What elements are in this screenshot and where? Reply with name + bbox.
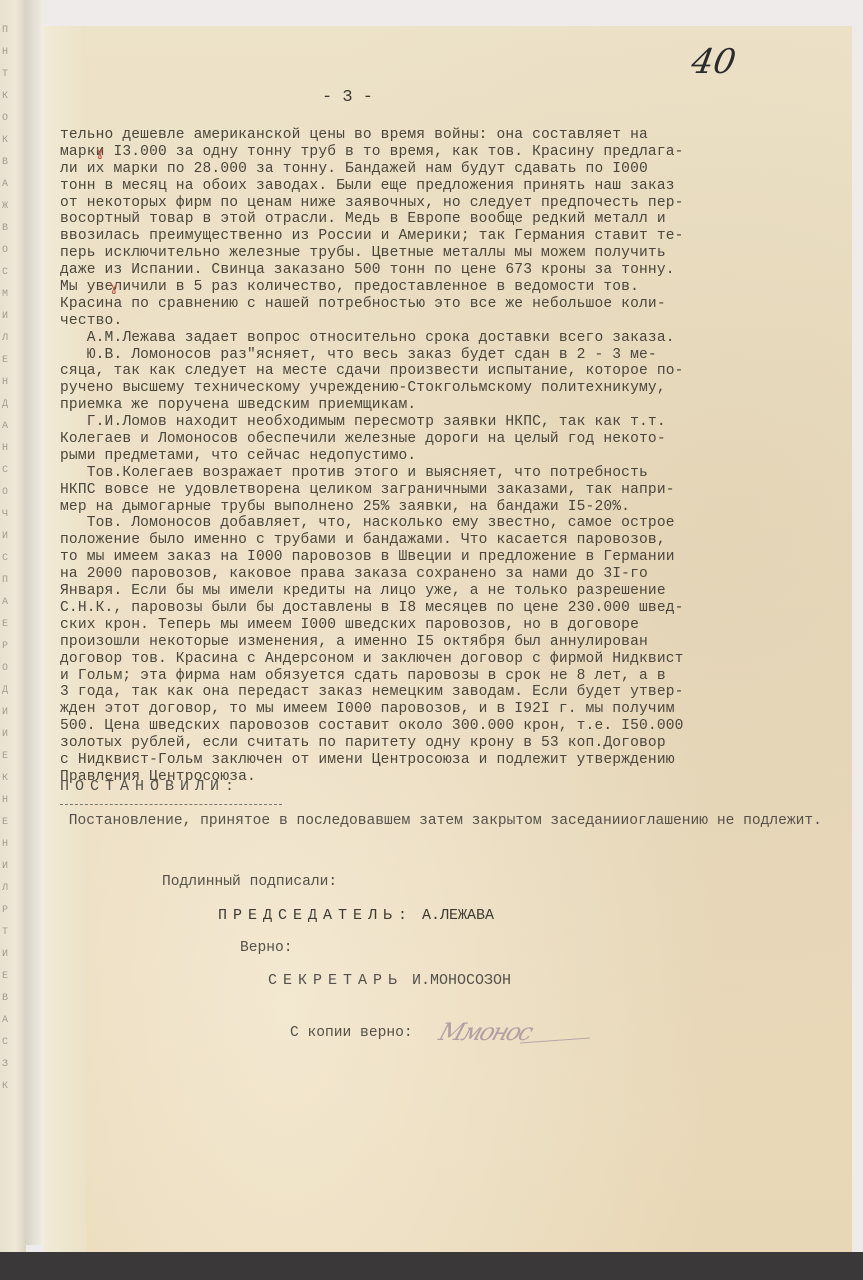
text-line: оглашению не подлежит. <box>629 813 822 829</box>
text-line: Г.И.Ломов находит необходимым пересмотр … <box>60 414 840 431</box>
binding-shadow <box>26 0 44 1245</box>
text-line: с Нидквист-Гольм заключен от имени Центр… <box>60 752 840 769</box>
text-line: перь исключительно железные трубы. Цветн… <box>60 245 840 262</box>
heading-underline <box>60 804 282 805</box>
text-line: Января. Если бы мы имели кредиты на лицо… <box>60 583 840 600</box>
text-line: то мы имеем заказ на I000 паровозов в Шв… <box>60 549 840 566</box>
text-line: Постановление, принятое в последовавшем … <box>60 813 629 829</box>
text-line: тонн в месяц на обоих заводах. Были еще … <box>60 178 840 195</box>
text-line: ли их марки по 28.000 за тонну. Бандажей… <box>60 161 840 178</box>
text-line: жден этот договор, то мы имеем I000 паро… <box>60 701 840 718</box>
body-text: тельно дешевле американской цены во врем… <box>60 127 840 786</box>
text-line: Тов.Колегаев возражает против этого и вы… <box>60 465 840 482</box>
text-line: договор тов. Красина с Андерсоном и закл… <box>60 651 840 668</box>
text-line: тельно дешевле американской цены во врем… <box>60 127 840 144</box>
text-line: 3 года, так как она передаст заказ немец… <box>60 684 840 701</box>
verified-label: Верно: <box>240 940 293 956</box>
red-pencil-mark: ɣ <box>96 145 104 160</box>
secretary-name: И.МОНОСОЗОН <box>412 972 511 989</box>
text-line: от некоторых фирм по ценам ниже заявочны… <box>60 195 840 212</box>
page-number: - 3 - <box>322 88 373 107</box>
text-line: мер на дымогарные трубы выполнено 25% за… <box>60 499 840 516</box>
text-line: чество. <box>60 313 840 330</box>
chairman-line: ПРЕДСЕДАТЕЛЬ: А.ЛЕЖАВА <box>218 907 494 924</box>
text-line: Колегаев и Ломоносов обеспечили железные… <box>60 431 840 448</box>
text-line: и Гольм; эта фирма нам обязуется сдать п… <box>60 668 840 685</box>
text-line: рыми предметами, что сейчас недопустимо. <box>60 448 840 465</box>
signed-label: Подлинный подписали: <box>162 874 337 890</box>
text-line: положение было именно с трубами и бандаж… <box>60 532 840 549</box>
adjacent-page-text: П Н Т К О К В А Ж В О С М И Л Е Н Д А Н … <box>2 20 22 1100</box>
resolution-text: Постановление, принятое в последовавшем … <box>60 813 840 830</box>
folio-number: 40 <box>688 42 738 82</box>
text-line: ских крон. Теперь мы имеем I000 шведских… <box>60 617 840 634</box>
scan-background <box>0 1252 863 1280</box>
text-line: ввозилась преимущественно из России и Ам… <box>60 228 840 245</box>
text-line: восортный товар в этой отрасли. Медь в Е… <box>60 211 840 228</box>
adjacent-page-strip: П Н Т К О К В А Ж В О С М И Л Е Н Д А Н … <box>0 0 26 1270</box>
secretary-line: СЕКРЕТАРЬ И.МОНОСОЗОН <box>268 972 511 989</box>
text-line: С.Н.К., паровозы были бы доставлены в I8… <box>60 600 840 617</box>
resolution-heading: ПОСТАНОВИЛИ: <box>60 778 240 795</box>
text-line: ручено высшему техническому учреждению-С… <box>60 380 840 397</box>
text-line: золотых рублей, если считать по паритету… <box>60 735 840 752</box>
text-line: на 2000 паровозов, каковое права заказа … <box>60 566 840 583</box>
copy-verified-label: С копии верно: <box>290 1025 413 1041</box>
text-line: 500. Цена шведских паровозов составит ок… <box>60 718 840 735</box>
text-line: приемка же поручена шведским приемщикам. <box>60 397 840 414</box>
text-line: Мы увеличили в 5 раз количество, предост… <box>60 279 840 296</box>
red-pencil-mark: ɣ <box>110 280 118 295</box>
text-line: А.М.Лежава задает вопрос относительно ср… <box>60 330 840 347</box>
chairman-name: А.ЛЕЖАВА <box>422 907 494 924</box>
text-line: даже из Испании. Свинца заказано 500 тон… <box>60 262 840 279</box>
text-line: Красина по сравнению с нашей потребность… <box>60 296 840 313</box>
text-line: НКПС вовсе не удовлетворена целиком загр… <box>60 482 840 499</box>
text-line: сяца, так как следует на месте сдачи про… <box>60 363 840 380</box>
text-line: Тов. Ломоносов добавляет, что, насколько… <box>60 515 840 532</box>
chairman-title: ПРЕДСЕДАТЕЛЬ: <box>218 907 413 924</box>
secretary-title: СЕКРЕТАРЬ <box>268 972 403 989</box>
text-line: Ю.В. Ломоносов раз"ясняет, что весь зака… <box>60 347 840 364</box>
text-line: марки I3.000 за одну тонну труб в то вре… <box>60 144 840 161</box>
text-line: произошли некоторые изменения, а именно … <box>60 634 840 651</box>
